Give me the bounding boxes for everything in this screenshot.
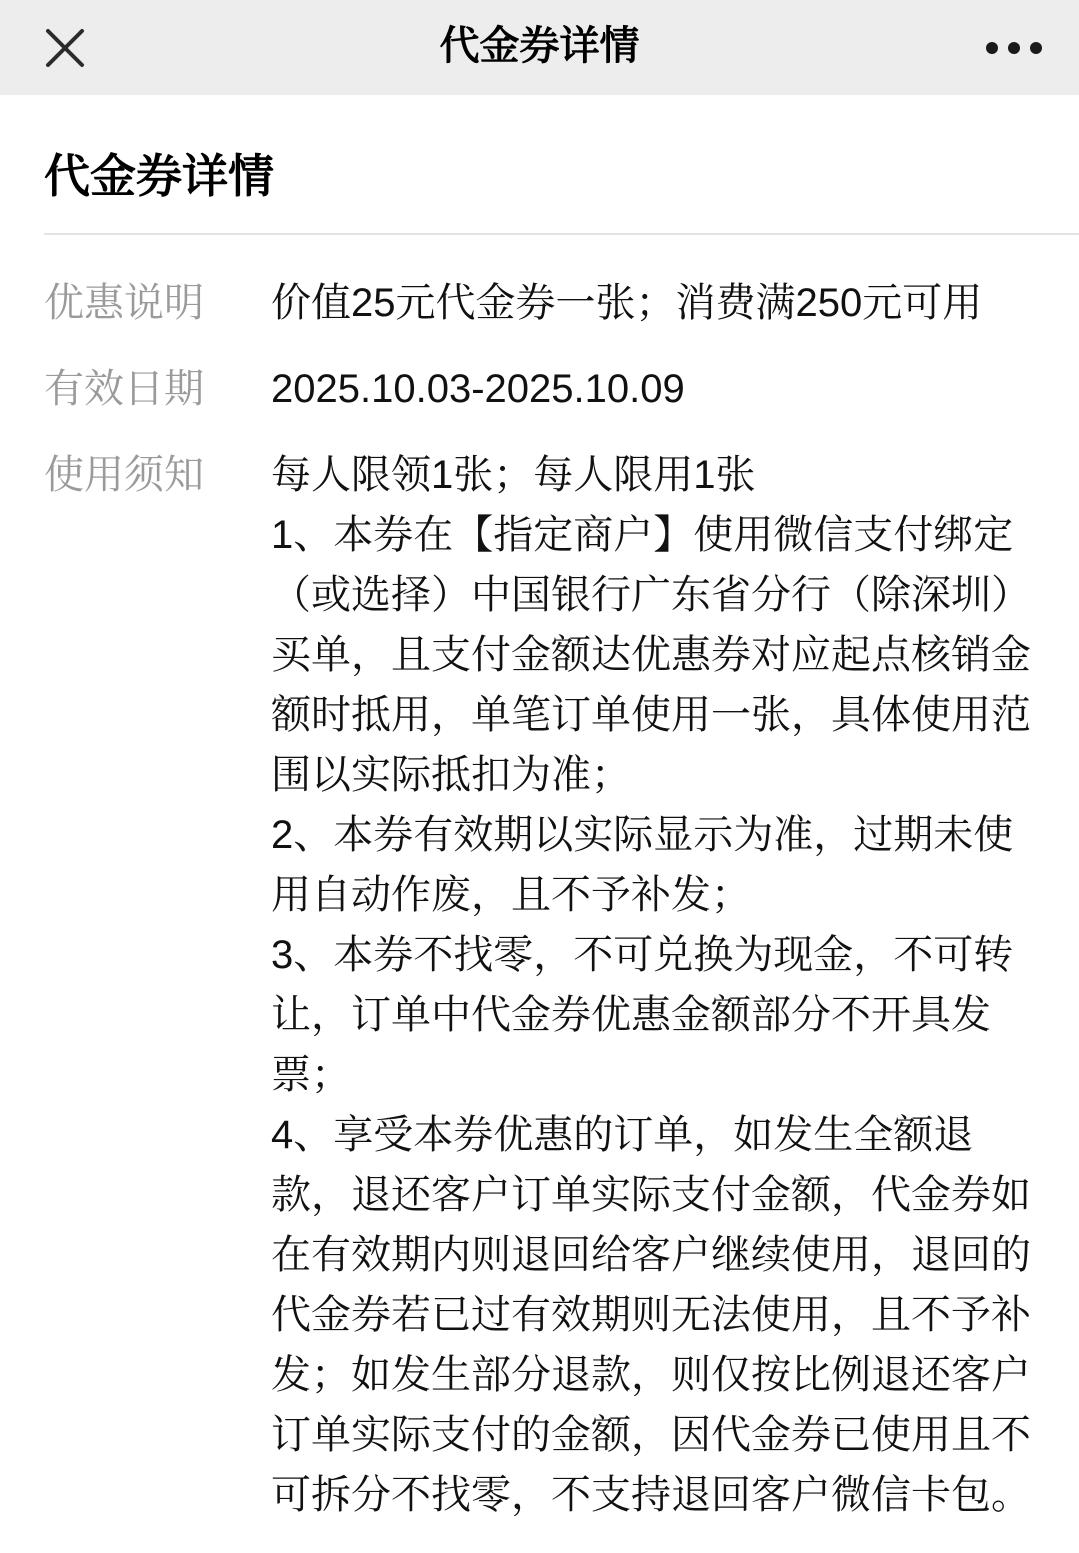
row-label: 优惠说明 bbox=[44, 273, 271, 333]
usage-note-line: 3、本券不找零，不可兑换为现金，不可转让，订单中代金券优惠金额部分不开具发票； bbox=[271, 925, 1039, 1105]
row-value: 价值25元代金券一张；消费满250元可用 bbox=[271, 273, 1079, 333]
usage-notes-text: 每人限领1张；每人限用1张 1、本券在【指定商户】使用微信支付绑定（或选择）中国… bbox=[271, 445, 1079, 1525]
row-valid-date: 有效日期 2025.10.03-2025.10.09 bbox=[0, 359, 1079, 419]
close-icon bbox=[44, 27, 86, 69]
navbar: 代金券详情 bbox=[0, 0, 1079, 95]
voucher-detail-panel: 代金券详情 优惠说明 价值25元代金券一张；消费满250元可用 有效日期 202… bbox=[0, 95, 1079, 1525]
more-button[interactable] bbox=[979, 13, 1049, 83]
page-title: 代金券详情 bbox=[44, 147, 1079, 207]
navbar-title: 代金券详情 bbox=[440, 0, 640, 95]
row-discount-description: 优惠说明 价值25元代金券一张；消费满250元可用 bbox=[0, 273, 1079, 333]
row-value: 2025.10.03-2025.10.09 bbox=[271, 359, 1079, 419]
detail-rows: 优惠说明 价值25元代金券一张；消费满250元可用 有效日期 2025.10.0… bbox=[0, 235, 1079, 1525]
usage-note-line: 4、享受本券优惠的订单，如发生全额退款，退还客户订单实际支付金额，代金券如在有效… bbox=[271, 1105, 1039, 1525]
usage-note-line: 每人限领1张；每人限用1张 bbox=[271, 445, 1039, 505]
row-label: 有效日期 bbox=[44, 359, 271, 419]
more-icon bbox=[986, 42, 1042, 54]
close-button[interactable] bbox=[30, 13, 100, 83]
row-usage-notes: 使用须知 每人限领1张；每人限用1张 1、本券在【指定商户】使用微信支付绑定（或… bbox=[0, 445, 1079, 1525]
row-label: 使用须知 bbox=[44, 445, 271, 505]
usage-note-line: 2、本券有效期以实际显示为准，过期未使用自动作废，且不予补发； bbox=[271, 805, 1039, 925]
usage-note-line: 1、本券在【指定商户】使用微信支付绑定（或选择）中国银行广东省分行（除深圳）买单… bbox=[271, 505, 1039, 805]
